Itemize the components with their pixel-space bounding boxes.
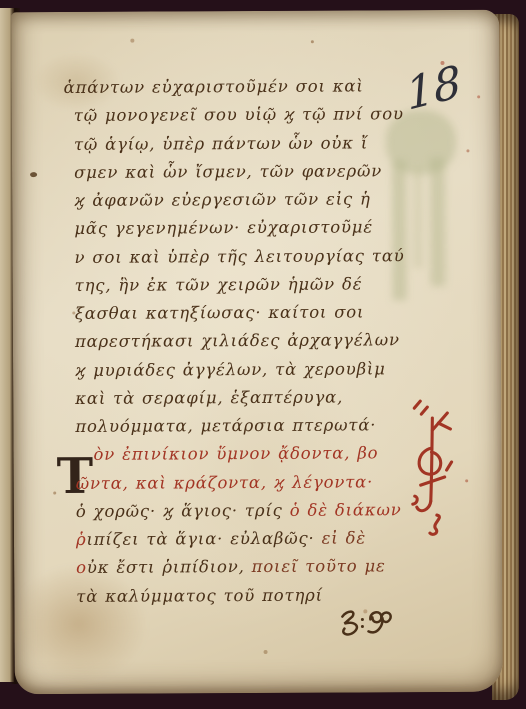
text-segment: ο [76, 558, 87, 577]
text-line: ϗ μυριάδες ἀγγέλων, τὰ χερουβὶμ [75, 355, 417, 385]
text-line: ὸν ἐπινίκιον ὕμνον ᾄδοντα, βο [93, 439, 417, 469]
speckles [11, 12, 13, 14]
text-segment: ποιεῖ τοῦτο με [252, 557, 386, 577]
text-line: ῥιπίζει τὰ ἅγια· εὐλαβῶς· εἰ δὲ [76, 524, 418, 554]
text-line: μᾶς γεγενημένων· εὐχαριστοῦμέ [74, 213, 416, 243]
text-segment: ὐκ ἔστι ῥιπίδιον, [87, 557, 252, 577]
text-segment: μᾶς γεγενημένων· εὐχαριστοῦμέ [74, 218, 373, 239]
text-line: τῷ μονογενεῖ σου υἱῷ ϗ τῷ πνί σου [74, 100, 416, 130]
text-segment: ξασθαι κατηξίωσας· καίτοι σοι [75, 302, 365, 323]
text-line: οὐκ ἔστι ῥιπίδιον, ποιεῖ τοῦτο με [76, 552, 418, 582]
text-segment: πολυόμματα, μετάρσια πτερωτά· [75, 415, 376, 436]
end-flourish-icon [336, 604, 392, 644]
text-segment: τῷ ἁγίῳ, ὑπὲρ πάντων ὧν οὐκ ἴ [74, 133, 368, 154]
text-line: σμεν καὶ ὧν ἴσμεν, τῶν φανερῶν [74, 157, 416, 187]
text-segment: ϗ ἀφανῶν εὐεργεσιῶν τῶν εἰς ἡ [74, 189, 371, 210]
text-line: παρεστήκασι χιλιάδες ἀρχαγγέλων [75, 326, 417, 356]
text-segment: ἁπάντων εὐχαριστοῦμέν σοι καὶ [64, 76, 364, 97]
text-segment: ϗ μυριάδες ἀγγέλων, τὰ χερουβὶμ [75, 359, 386, 380]
text-segment: ὁ χορῶς· ϗ ἅγιος· τρίς [76, 501, 290, 521]
text-segment: ιπίζει τὰ ἅγια· εὐλαβῶς· [86, 529, 321, 549]
text-line: ἁπάντων εὐχαριστοῦμέν σοι καὶ [64, 72, 416, 102]
text-line: τῷ ἁγίῳ, ὑπὲρ πάντων ὧν οὐκ ἴ [74, 129, 416, 159]
text-line: ϗ ἀφανῶν εὐεργεσιῶν τῶν εἰς ἡ [74, 185, 416, 215]
text-segment: εἰ δὲ [322, 528, 366, 547]
text-segment: ὁ δὲ διάκων [290, 500, 402, 520]
text-lines: ἁπάντων εὐχαριστοῦμέν σοι καὶτῷ μονογενε… [64, 72, 419, 611]
text-block: ἁπάντων εὐχαριστοῦμέν σοι καὶτῷ μονογενε… [64, 72, 419, 611]
text-line: ῶντα, καὶ κράζοντα, ϗ λέγοντα· [76, 468, 418, 498]
text-line: καὶ τὰ σεραφίμ, ἑξαπτέρυγα, [75, 383, 417, 413]
manuscript-photo: 18 Τ ἁπάντων εὐχαριστοῦμέν σοι καὶτῷ μον… [0, 0, 526, 709]
text-segment: ῥ [76, 530, 87, 549]
text-line: πολυόμματα, μετάρσια πτερωτά· [75, 411, 417, 441]
text-line: ν σοι καὶ ὑπὲρ τῆς λειτουργίας ταύ [74, 242, 416, 272]
ink-fleck [30, 172, 37, 177]
text-line: της, ἣν ἐκ τῶν χειρῶν ἡμῶν δέ [75, 270, 417, 300]
text-segment: παρεστήκασι χιλιάδες ἀρχαγγέλων [75, 331, 400, 352]
text-segment: της, ἣν ἐκ τῶν χειρῶν ἡμῶν δέ [75, 274, 363, 295]
manuscript-page: 18 Τ ἁπάντων εὐχαριστοῦμέν σοι καὶτῷ μον… [11, 10, 503, 695]
text-segment: τῷ μονογενεῖ σου υἱῷ ϗ τῷ πνί σου [74, 104, 404, 125]
text-line: ὁ χορῶς· ϗ ἅγιος· τρίς ὁ δὲ διάκων [76, 496, 418, 526]
text-segment: σμεν καὶ ὧν ἴσμεν, τῶν φανερῶν [74, 161, 382, 182]
text-segment: ῶντα, καὶ κράζοντα, ϗ λέγοντα· [76, 472, 374, 493]
text-segment: καὶ τὰ σεραφίμ, ἑξαπτέρυγα, [75, 387, 343, 407]
text-segment: ὸν ἐπινίκιον ὕμνον ᾄδοντα, βο [93, 444, 378, 464]
red-cipher-symbol-icon [409, 398, 456, 544]
text-segment: τὰ καλύμματος τοῦ ποτηρί [76, 585, 323, 605]
text-segment: ν σοι καὶ ὑπὲρ τῆς λειτουργίας ταύ [74, 246, 404, 267]
text-line: ξασθαι κατηξίωσας· καίτοι σοι [75, 298, 417, 328]
